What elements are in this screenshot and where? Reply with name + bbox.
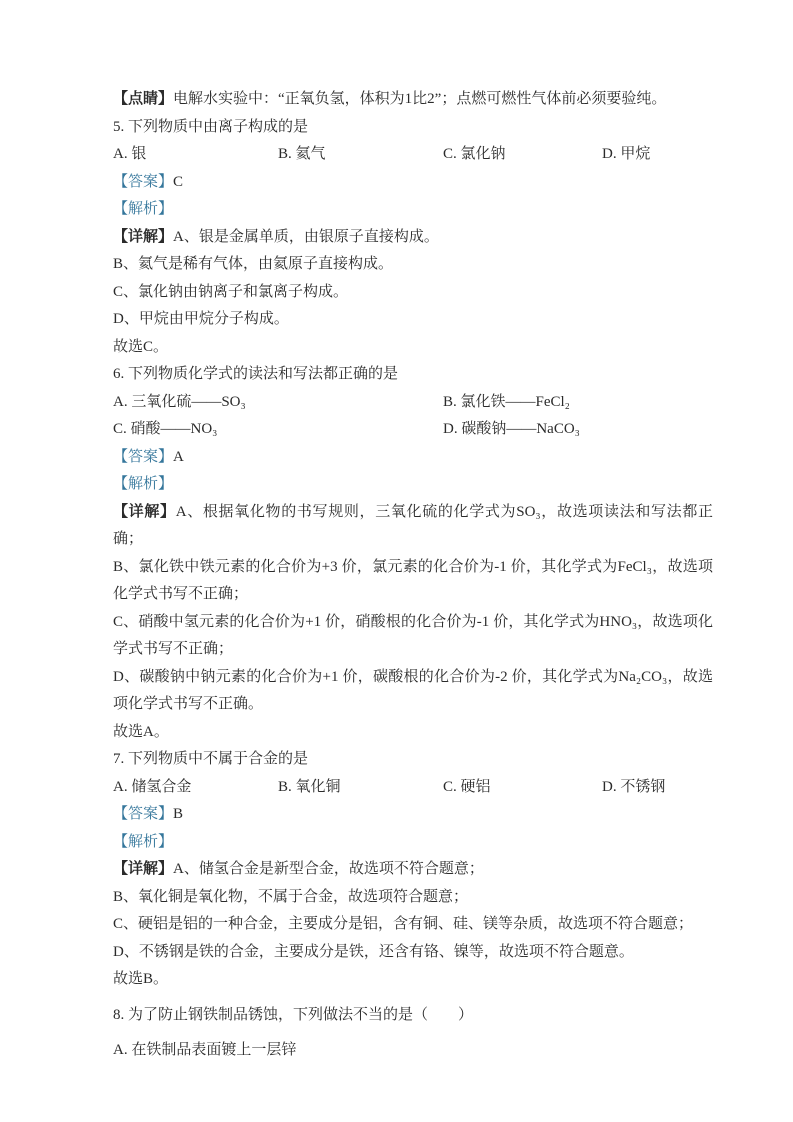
q5-option-c: C. 氯化钠 xyxy=(443,141,602,169)
q7-detail-d: D、不锈钢是铁的合金，主要成分是铁，还含有铬、镍等，故选项不符合题意。 xyxy=(113,939,713,967)
tip-line: 【点睛】电解水实验中：“正氧负氢，体积为1比2”；点燃可燃性气体前必须要验纯。 xyxy=(113,86,713,114)
q5-detail-a: 【详解】A、银是金属单质，由银原子直接构成。 xyxy=(113,224,713,252)
tip-text: 电解水实验中：“正氧负氢，体积为1比2”；点燃可燃性气体前必须要验纯。 xyxy=(173,91,666,107)
q7-option-b: B. 氧化铜 xyxy=(278,774,443,802)
q7-detail-a-text: A、储氢合金是新型合金，故选项不符合题意； xyxy=(173,861,484,877)
question-7-options: A. 储氢合金 B. 氧化铜 C. 硬铝 D. 不锈钢 xyxy=(113,774,713,802)
q5-answer-value: C xyxy=(173,174,183,190)
q5-option-d: D. 甲烷 xyxy=(602,141,713,169)
q5-option-a: A. 银 xyxy=(113,141,278,169)
q6-detail-label: 【详解】 xyxy=(113,504,176,520)
q8-option-a: A. 在铁制品表面镀上一层锌 xyxy=(113,1037,713,1065)
q7-analysis-line: 【解析】 xyxy=(113,829,713,857)
q5-detail-c: C、氯化钠由钠离子和氯离子构成。 xyxy=(113,279,713,307)
q6-option-a: A. 三氧化硫——SO₃ xyxy=(113,389,443,417)
q5-answer-line: 【答案】C xyxy=(113,169,713,197)
q6-detail-b: B、氯化铁中铁元素的化合价为+3 价，氯元素的化合价为-1 价，其化学式为FeC… xyxy=(113,554,713,609)
q5-detail-label: 【详解】 xyxy=(113,229,173,245)
q5-detail-b: B、氦气是稀有气体，由氦原子直接构成。 xyxy=(113,251,713,279)
q6-analysis-label: 【解析】 xyxy=(113,476,173,492)
q7-detail-c: C、硬铝是铝的一种合金，主要成分是铝，含有铜、硅、镁等杂质，故选项不符合题意； xyxy=(113,911,713,939)
q7-answer-line: 【答案】B xyxy=(113,801,713,829)
q5-answer-label: 【答案】 xyxy=(113,174,173,190)
q6-option-c: C. 硝酸——NO₃ xyxy=(113,416,443,444)
question-8-stem: 8. 为了防止钢铁制品锈蚀，下列做法不当的是（ ） xyxy=(113,1002,713,1030)
q6-answer-line: 【答案】A xyxy=(113,444,713,472)
q6-answer-label: 【答案】 xyxy=(113,449,173,465)
q7-detail-label: 【详解】 xyxy=(113,861,173,877)
q5-analysis-label: 【解析】 xyxy=(113,201,173,217)
q5-analysis-line: 【解析】 xyxy=(113,196,713,224)
question-6-options-row-2: C. 硝酸——NO₃ D. 碳酸钠——NaCO₃ xyxy=(113,416,713,444)
question-7-stem: 7. 下列物质中不属于合金的是 xyxy=(113,746,713,774)
question-6-stem: 6. 下列物质化学式的读法和写法都正确的是 xyxy=(113,361,713,389)
q5-conclusion: 故选C。 xyxy=(113,334,713,362)
q7-option-d: D. 不锈钢 xyxy=(602,774,713,802)
q7-option-a: A. 储氢合金 xyxy=(113,774,278,802)
q6-answer-value: A xyxy=(173,449,184,465)
q6-detail-a: 【详解】A、根据氧化物的书写规则，三氧化硫的化学式为SO₃，故选项读法和写法都正… xyxy=(113,499,713,554)
q6-analysis-line: 【解析】 xyxy=(113,471,713,499)
q7-option-c: C. 硬铝 xyxy=(443,774,602,802)
q7-answer-value: B xyxy=(173,806,183,822)
question-5-options: A. 银 B. 氦气 C. 氯化钠 D. 甲烷 xyxy=(113,141,713,169)
q5-detail-a-text: A、银是金属单质，由银原子直接构成。 xyxy=(173,229,439,245)
q6-detail-d: D、碳酸钠中钠元素的化合价为+1 价，碳酸根的化合价为-2 价，其化学式为Na₂… xyxy=(113,664,713,719)
q7-detail-b: B、氧化铜是氧化物，不属于合金，故选项符合题意； xyxy=(113,884,713,912)
q7-answer-label: 【答案】 xyxy=(113,806,173,822)
q6-detail-a-text: A、根据氧化物的书写规则，三氧化硫的化学式为SO₃，故选项读法和写法都正确； xyxy=(113,504,713,548)
q6-conclusion: 故选A。 xyxy=(113,719,713,747)
question-6-options-row-1: A. 三氧化硫——SO₃ B. 氯化铁——FeCl₂ xyxy=(113,389,713,417)
q6-option-d: D. 碳酸钠——NaCO₃ xyxy=(443,416,713,444)
document-page: 【点睛】电解水实验中：“正氧负氢，体积为1比2”；点燃可燃性气体前必须要验纯。 … xyxy=(113,86,713,1065)
q7-analysis-label: 【解析】 xyxy=(113,834,173,850)
q5-detail-d: D、甲烷由甲烷分子构成。 xyxy=(113,306,713,334)
q7-detail-a: 【详解】A、储氢合金是新型合金，故选项不符合题意； xyxy=(113,856,713,884)
tip-label: 【点睛】 xyxy=(113,91,173,107)
question-5-stem: 5. 下列物质中由离子构成的是 xyxy=(113,114,713,142)
q7-conclusion: 故选B。 xyxy=(113,966,713,994)
q6-detail-c: C、硝酸中氢元素的化合价为+1 价，硝酸根的化合价为-1 价，其化学式为HNO₃… xyxy=(113,609,713,664)
q5-option-b: B. 氦气 xyxy=(278,141,443,169)
q6-option-b: B. 氯化铁——FeCl₂ xyxy=(443,389,713,417)
